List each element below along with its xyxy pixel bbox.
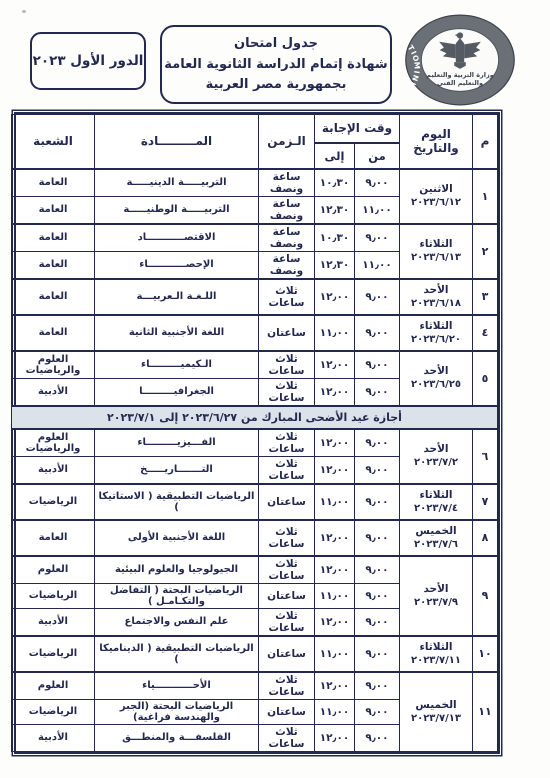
time-to-cell: ١٢٫٠٠ <box>315 429 355 457</box>
row-number-cell: ١١ <box>473 672 498 752</box>
branch-cell: الأدبية <box>12 608 95 636</box>
day-name: الاثنين <box>401 182 471 196</box>
col-header-number: م <box>473 115 498 169</box>
row-number-cell: ٢ <box>473 224 498 279</box>
day-date: ٢٠٢٣/٧/٦ <box>401 538 471 552</box>
branch-cell: العامة <box>12 251 95 279</box>
title-line-3: بجمهورية مصر العربية <box>206 75 347 95</box>
ministry-seal-logo: MINISTRY OF EDUCATION AND TECHNICAL EDUC… <box>401 11 519 109</box>
day-date-cell: الاثنين٢٠٢٣/٦/١٢ <box>400 169 473 224</box>
branch-cell: العامة <box>12 169 95 197</box>
branch-cell: العامة <box>12 520 95 556</box>
day-date: ٢٠٢٣/٦/١٨ <box>401 297 471 311</box>
branch-cell: الرياضيات <box>12 583 95 608</box>
time-from-cell: ٩٫٠٠ <box>355 429 400 457</box>
day-name: الأحد <box>401 364 471 378</box>
day-date: ٢٠٢٣/٧/٤ <box>401 502 471 516</box>
schedule-row: ٧الثلاثاء٢٠٢٣/٧/٤٩٫٠٠١١٫٠٠ساعتانالرياضيا… <box>12 484 498 520</box>
day-date-cell: الأحد٢٠٢٣/٧/٢ <box>400 429 473 484</box>
duration-cell: ساعتان <box>259 699 315 724</box>
row-number-cell: ٤ <box>473 315 498 351</box>
scanned-exam-schedule-page: الدور الأول ٢٠٢٣ جدول امتحان شهادة إتمام… <box>0 0 550 778</box>
day-name: الأحد <box>401 283 471 297</box>
col-header-subject: المـــــــــادة <box>95 115 259 169</box>
row-number-cell: ٣ <box>473 279 498 315</box>
time-to-cell: ١٢٫٣٠ <box>315 251 355 279</box>
duration-cell: ثلاث ساعات <box>259 378 315 406</box>
day-name: الأحد <box>401 582 471 596</box>
time-from-cell: ٩٫٠٠ <box>355 699 400 724</box>
time-from-cell: ٩٫٠٠ <box>355 636 400 672</box>
day-date: ٢٠٢٣/٧/٢ <box>401 456 471 470</box>
time-to-cell: ١٢٫٠٠ <box>315 456 355 484</box>
day-date: ٢٠٢٣/٦/٢٥ <box>401 378 471 392</box>
day-date: ٢٠٢٣/٧/١٣ <box>401 712 471 726</box>
col-header-day-date: اليوم والتاريخ <box>400 115 473 169</box>
schedule-row: ٢الثلاثاء٢٠٢٣/٦/١٣٩٫٠٠١٠٫٣٠ساعة ونصفالاق… <box>12 224 498 252</box>
duration-cell: ساعتان <box>259 636 315 672</box>
title-line-2: شهادة إتمام الدراسة الثانوية العامة <box>164 55 387 75</box>
day-name: الأحد <box>401 442 471 456</box>
subject-cell: الإحصـــــــــــاء <box>95 251 259 279</box>
time-from-cell: ٩٫٠٠ <box>355 520 400 556</box>
time-from-cell: ٩٫٠٠ <box>355 672 400 700</box>
subject-cell: الرياضيات التطبيقية ( الديناميكا ) <box>95 636 259 672</box>
day-name: الخميس <box>401 698 471 712</box>
col-header-answer-time: وقت الإجابة <box>315 115 400 143</box>
duration-cell: ثلاث ساعات <box>259 429 315 457</box>
exam-round-box: الدور الأول ٢٠٢٣ <box>30 32 146 90</box>
time-to-cell: ١٢٫٠٠ <box>315 520 355 556</box>
subject-cell: التربيـــــة الدينيـــــة <box>95 169 259 197</box>
time-from-cell: ١١٫٠٠ <box>355 251 400 279</box>
duration-cell: ساعتان <box>259 484 315 520</box>
table-header: م اليوم والتاريخ وقت الإجابة الـزمن المـ… <box>12 115 498 169</box>
schedule-row: ١١الخميس٢٠٢٣/٧/١٣٩٫٠٠١٢٫٠٠ثلاث ساعاتالأح… <box>12 672 498 700</box>
day-date: ٢٠٢٣/٧/٩ <box>401 596 471 610</box>
time-from-cell: ٩٫٠٠ <box>355 351 400 379</box>
time-to-cell: ١٢٫٠٠ <box>315 724 355 751</box>
seal-arabic-line-2: والتعليم الفني <box>437 79 483 87</box>
day-date-cell: الثلاثاء٢٠٢٣/٦/٢٠ <box>400 315 473 351</box>
day-date-cell: الأحد٢٠٢٣/٧/٩ <box>400 556 473 636</box>
seal-arabic-line-1: وزارة التربية والتعليم <box>426 71 493 79</box>
day-date-cell: الأحد٢٠٢٣/٦/١٨ <box>400 279 473 315</box>
schedule-row: ٩الأحد٢٠٢٣/٧/٩٩٫٠٠١٢٫٠٠ثلاث ساعاتالجيولو… <box>12 556 498 584</box>
time-to-cell: ١٢٫٣٠ <box>315 196 355 224</box>
row-number-cell: ٨ <box>473 520 498 556</box>
time-to-cell: ١٢٫٠٠ <box>315 608 355 636</box>
branch-cell: العلوم <box>12 672 95 700</box>
duration-cell: ساعة ونصف <box>259 251 315 279</box>
subject-cell: الاقتصـــــــــــاد <box>95 224 259 252</box>
ministry-seal-icon: MINISTRY OF EDUCATION AND TECHNICAL EDUC… <box>401 11 519 109</box>
time-to-cell: ١١٫٠٠ <box>315 484 355 520</box>
row-number-cell: ١ <box>473 169 498 224</box>
branch-cell: الأدبية <box>12 378 95 406</box>
time-to-cell: ١٢٫٠٠ <box>315 279 355 315</box>
holiday-banner: أجازة عيد الأضحى المبارك من ٢٠٢٣/٦/٢٧ إل… <box>12 406 498 429</box>
day-date: ٢٠٢٣/٦/٢٠ <box>401 333 471 347</box>
col-header-branch: الشعبة <box>12 115 95 169</box>
time-from-cell: ٩٫٠٠ <box>355 279 400 315</box>
subject-cell: الفلسفـــة والمنطـــق <box>95 724 259 751</box>
time-to-cell: ١٢٫٠٠ <box>315 672 355 700</box>
time-from-cell: ١١٫٠٠ <box>355 196 400 224</box>
branch-cell: الرياضيات <box>12 636 95 672</box>
schedule-row: ١الاثنين٢٠٢٣/٦/١٢٩٫٠٠١٠٫٣٠ساعة ونصفالترب… <box>12 169 498 197</box>
time-from-cell: ٩٫٠٠ <box>355 484 400 520</box>
time-from-cell: ٩٫٠٠ <box>355 608 400 636</box>
time-to-cell: ١٢٫٠٠ <box>315 378 355 406</box>
day-name: الثلاثاء <box>401 640 471 654</box>
day-date: ٢٠٢٣/٦/١٢ <box>401 196 471 210</box>
day-date-cell: الخميس٢٠٢٣/٧/٦ <box>400 520 473 556</box>
title-line-1: جدول امتحان <box>234 34 318 54</box>
time-to-cell: ١٠٫٣٠ <box>315 169 355 197</box>
schedule-row: ٥الأحد٢٠٢٣/٦/٢٥٩٫٠٠١٢٫٠٠ثلاث ساعاتالـكيم… <box>12 351 498 379</box>
duration-cell: ساعتان <box>259 315 315 351</box>
exam-round-label: الدور الأول ٢٠٢٣ <box>33 53 144 69</box>
subject-cell: الجيولوجيا والعلوم البيئية <box>95 556 259 584</box>
day-name: الثلاثاء <box>401 319 471 333</box>
duration-cell: ثلاث ساعات <box>259 351 315 379</box>
time-from-cell: ٩٫٠٠ <box>355 456 400 484</box>
col-header-from: من <box>355 143 400 169</box>
day-date-cell: الثلاثاء٢٠٢٣/٦/١٣ <box>400 224 473 279</box>
time-to-cell: ١١٫٠٠ <box>315 636 355 672</box>
row-number-cell: ٦ <box>473 429 498 484</box>
subject-cell: علم النفس والاجتماع <box>95 608 259 636</box>
duration-cell: ثلاث ساعات <box>259 520 315 556</box>
schedule-body: ١الاثنين٢٠٢٣/٦/١٢٩٫٠٠١٠٫٣٠ساعة ونصفالترب… <box>12 169 498 752</box>
row-number-cell: ٥ <box>473 351 498 406</box>
row-number-cell: ١٠ <box>473 636 498 672</box>
time-from-cell: ٩٫٠٠ <box>355 224 400 252</box>
schedule-row: ٣الأحد٢٠٢٣/٦/١٨٩٫٠٠١٢٫٠٠ثلاث ساعاتاللـغـ… <box>12 279 498 315</box>
exam-schedule-table: م اليوم والتاريخ وقت الإجابة الـزمن المـ… <box>11 114 498 752</box>
time-to-cell: ١٠٫٣٠ <box>315 224 355 252</box>
duration-cell: ثلاث ساعات <box>259 556 315 584</box>
day-date: ٢٠٢٣/٧/١١ <box>401 654 471 668</box>
duration-cell: ثلاث ساعات <box>259 456 315 484</box>
subject-cell: اللغة الأجنبية الثانية <box>95 315 259 351</box>
schedule-title-box: جدول امتحان شهادة إتمام الدراسة الثانوية… <box>160 25 392 104</box>
exam-schedule-table-frame: م اليوم والتاريخ وقت الإجابة الـزمن المـ… <box>14 112 500 754</box>
branch-cell: العامة <box>12 224 95 252</box>
duration-cell: ساعتان <box>259 583 315 608</box>
time-from-cell: ٩٫٠٠ <box>355 556 400 584</box>
subject-cell: التـــــــاريـــــخ <box>95 456 259 484</box>
time-from-cell: ٩٫٠٠ <box>355 583 400 608</box>
branch-cell: الرياضيات <box>12 484 95 520</box>
schedule-row: ٦الأحد٢٠٢٣/٧/٢٩٫٠٠١٢٫٠٠ثلاث ساعاتالفـــي… <box>12 429 498 457</box>
branch-cell: العلوم والرياضيات <box>12 351 95 379</box>
branch-cell: العامة <box>12 315 95 351</box>
time-from-cell: ٩٫٠٠ <box>355 315 400 351</box>
time-to-cell: ١٢٫٠٠ <box>315 556 355 584</box>
day-name: الخميس <box>401 524 471 538</box>
day-date-cell: الخميس٢٠٢٣/٧/١٣ <box>400 672 473 752</box>
time-from-cell: ٩٫٠٠ <box>355 724 400 751</box>
branch-cell: العامة <box>12 196 95 224</box>
duration-cell: ساعة ونصف <box>259 224 315 252</box>
subject-cell: اللـغـة الـعربيـــة <box>95 279 259 315</box>
branch-cell: الأدبية <box>12 456 95 484</box>
schedule-row: ٨الخميس٢٠٢٣/٧/٦٩٫٠٠١٢٫٠٠ثلاث ساعاتاللغة … <box>12 520 498 556</box>
subject-cell: الرياضيات التطبيقية ( الاستاتيكا ) <box>95 484 259 520</box>
branch-cell: الأدبية <box>12 724 95 751</box>
duration-cell: ساعة ونصف <box>259 196 315 224</box>
schedule-row: ١٠الثلاثاء٢٠٢٣/٧/١١٩٫٠٠١١٫٠٠ساعتانالرياض… <box>12 636 498 672</box>
schedule-row: ٤الثلاثاء٢٠٢٣/٦/٢٠٩٫٠٠١١٫٠٠ساعتاناللغة ا… <box>12 315 498 351</box>
subject-cell: التربيـــــة الوطنيـــــة <box>95 196 259 224</box>
subject-cell: الرياضيات البحتة ( التفاضل والتكـامـل ) <box>95 583 259 608</box>
duration-cell: ساعة ونصف <box>259 169 315 197</box>
day-date-cell: الثلاثاء٢٠٢٣/٧/٤ <box>400 484 473 520</box>
time-to-cell: ١٢٫٠٠ <box>315 351 355 379</box>
col-header-to: إلى <box>315 143 355 169</box>
subject-cell: الجغرافيـــــــــا <box>95 378 259 406</box>
row-number-cell: ٩ <box>473 556 498 636</box>
subject-cell: الـكيميـــــــــاء <box>95 351 259 379</box>
duration-cell: ثلاث ساعات <box>259 672 315 700</box>
time-to-cell: ١١٫٠٠ <box>315 699 355 724</box>
day-name: الثلاثاء <box>401 237 471 251</box>
day-date: ٢٠٢٣/٦/١٣ <box>401 251 471 265</box>
subject-cell: اللغة الأجنبية الأولى <box>95 520 259 556</box>
duration-cell: ثلاث ساعات <box>259 724 315 751</box>
subject-cell: الأحـــــــــــياء <box>95 672 259 700</box>
duration-cell: ثلاث ساعات <box>259 279 315 315</box>
subject-cell: الفـــيزيـــــــــاء <box>95 429 259 457</box>
scan-speck <box>22 10 26 13</box>
time-to-cell: ١١٫٠٠ <box>315 315 355 351</box>
subject-cell: الرياضيات البحتة (الجبر والهندسة فراغية) <box>95 699 259 724</box>
branch-cell: العلوم والرياضيات <box>12 429 95 457</box>
holiday-row: أجازة عيد الأضحى المبارك من ٢٠٢٣/٦/٢٧ إل… <box>12 406 498 429</box>
time-from-cell: ٩٫٠٠ <box>355 169 400 197</box>
time-to-cell: ١١٫٠٠ <box>315 583 355 608</box>
time-from-cell: ٩٫٠٠ <box>355 378 400 406</box>
row-number-cell: ٧ <box>473 484 498 520</box>
branch-cell: الرياضيات <box>12 699 95 724</box>
branch-cell: العلوم <box>12 556 95 584</box>
branch-cell: العامة <box>12 279 95 315</box>
col-header-duration: الـزمن <box>259 115 315 169</box>
duration-cell: ثلاث ساعات <box>259 608 315 636</box>
day-name: الثلاثاء <box>401 488 471 502</box>
day-date-cell: الأحد٢٠٢٣/٦/٢٥ <box>400 351 473 406</box>
day-date-cell: الثلاثاء٢٠٢٣/٧/١١ <box>400 636 473 672</box>
